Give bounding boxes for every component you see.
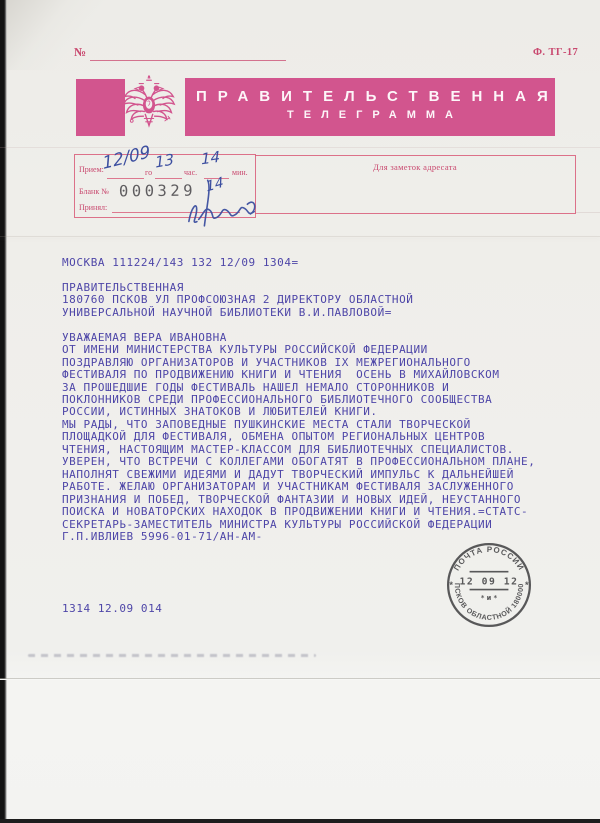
go-label: го xyxy=(145,168,152,177)
paper-crease xyxy=(0,236,600,237)
telegram-number-label: № xyxy=(74,45,86,60)
addressee-notes-box: Для заметок адресата xyxy=(255,155,576,214)
postmark-left-star: * xyxy=(449,580,453,590)
ink-showthrough-smudge xyxy=(28,654,316,657)
svg-text:ПОЧТА РОССИИ: ПОЧТА РОССИИ xyxy=(452,545,526,572)
paper-sheet-edge xyxy=(0,678,600,679)
paper-crease xyxy=(575,212,600,213)
blank-line xyxy=(155,178,182,179)
scan-edge-left xyxy=(0,0,7,823)
double-headed-eagle-icon xyxy=(121,69,177,141)
telegram-number-blank-line xyxy=(90,60,286,61)
blank-number-label: Бланк № xyxy=(79,187,109,196)
operator-signature-scribble xyxy=(179,172,262,232)
banner: ПРАВИТЕЛЬСТВЕННАЯ ТЕЛЕГРАММА xyxy=(185,78,555,136)
blank-line xyxy=(107,178,144,179)
form-code-label: Ф. ТГ-17 xyxy=(533,47,578,58)
telegram-body-text: МОСКВА 111224/143 132 12/09 1304= ПРАВИТ… xyxy=(62,257,535,543)
paper-crease xyxy=(0,147,600,148)
handwritten-hours: 13 xyxy=(155,150,175,171)
hours-label: час. xyxy=(184,168,197,177)
prinyal-label: Принял: xyxy=(79,203,107,212)
transmission-code: 1314 12.09 014 xyxy=(62,602,162,615)
postmark-right-star: * xyxy=(525,580,529,590)
banner-title: ПРАВИТЕЛЬСТВЕННАЯ xyxy=(185,88,555,105)
postmark-top-arc-text: ПОЧТА РОССИИ xyxy=(452,545,526,572)
postal-date-stamp: ПОЧТА РОССИИ ПСКОВ ОБЛАСТНОЙ 180000 12 0… xyxy=(443,539,535,631)
scan-edge-bottom xyxy=(0,819,600,823)
handwritten-minutes: 14 xyxy=(201,148,221,169)
banner-left-block xyxy=(76,79,125,136)
banner-subtitle: ТЕЛЕГРАММА xyxy=(185,109,555,121)
priem-label: Прием: xyxy=(79,165,104,174)
addressee-notes-label: Для заметок адресата xyxy=(255,162,575,172)
postmark-center-row: * и * xyxy=(481,594,498,602)
postmark-date: 12 09 12 xyxy=(459,576,518,587)
government-telegram-scan: № Ф. ТГ-17 xyxy=(0,0,600,823)
